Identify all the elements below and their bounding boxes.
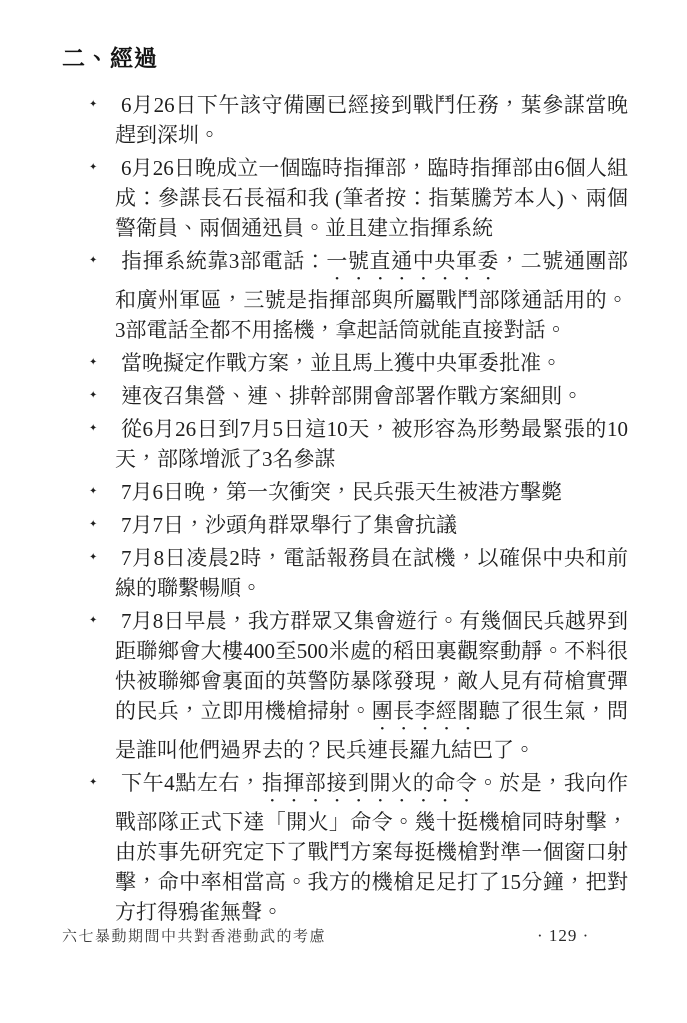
diamond-bullet-icon: ✦ xyxy=(89,153,97,183)
text-segment: 7月6日晚，第一次衝突，民兵張天生被港方擊斃 xyxy=(121,480,562,504)
text-segment: 7月8日凌晨2時，電話報務員在試機，以確保中央和前線的聯繫暢順。 xyxy=(115,546,628,600)
diamond-bullet-icon: ✦ xyxy=(89,543,97,573)
bullet-item: ✦ 當晚擬定作戰方案，並且馬上獲中央軍委批准。 xyxy=(115,348,628,378)
bullet-item: ✦ 從6月26日到7月5日這10天，被形容為形勢最緊張的10天，部隊增派了3名參… xyxy=(115,414,628,474)
diamond-bullet-icon: ✦ xyxy=(89,90,97,120)
diamond-bullet-icon: ✦ xyxy=(89,381,97,411)
text-segment: 連夜召集營、連、排幹部開會部署作戰方案細則。 xyxy=(121,384,583,408)
bullet-text: 6月26日下午該守備團已經接到戰鬥任務，葉參謀當晚趕到深圳。 xyxy=(115,93,628,147)
section-heading: 二、經過 xyxy=(62,46,158,72)
bullet-text: 下午4點左右，指揮部接到開火的命令。於是，我向作戰部隊正式下達「開火」命令。幾十… xyxy=(115,771,628,924)
text-segment: 從6月26日到7月5日這10天，被形容為形勢最緊張的10天，部隊增派了3名參謀 xyxy=(115,417,628,471)
bullet-item: ✦ 7月8日早晨，我方群眾又集會遊行。有幾個民兵越界到距聯鄉會大樓400至500… xyxy=(115,606,628,765)
bullet-text: 連夜召集營、連、排幹部開會部署作戰方案細則。 xyxy=(121,384,583,408)
diamond-bullet-icon: ✦ xyxy=(89,348,97,378)
bullet-text: 7月8日早晨，我方群眾又集會遊行。有幾個民兵越界到距聯鄉會大樓400至500米處… xyxy=(115,609,628,762)
bullet-item: ✦ 6月26日晚成立一個臨時指揮部，臨時指揮部由6個人組成：參謀長石長福和我 (… xyxy=(115,153,628,243)
bullet-item: ✦ 7月7日，沙頭角群眾舉行了集會抗議 xyxy=(115,510,628,540)
bullet-list: ✦ 6月26日下午該守備團已經接到戰鬥任務，葉參謀當晚趕到深圳。 ✦ 6月26日… xyxy=(115,90,628,930)
emphasized-text: 團長李經閣 xyxy=(372,699,479,723)
text-segment: 7月7日，沙頭角群眾舉行了集會抗議 xyxy=(121,513,457,537)
text-segment: 6月26日晚成立一個臨時指揮部，臨時指揮部由6個人組成：參謀長石長福和我 (筆者… xyxy=(115,156,628,240)
diamond-bullet-icon: ✦ xyxy=(89,768,97,798)
footer-running-title: 六七暴動期間中共對香港動武的考慮 xyxy=(62,928,326,946)
bullet-item: ✦ 7月8日凌晨2時，電話報務員在試機，以確保中央和前線的聯繫暢順。 xyxy=(115,543,628,603)
diamond-bullet-icon: ✦ xyxy=(89,246,97,276)
bullet-text: 6月26日晚成立一個臨時指揮部，臨時指揮部由6個人組成：參謀長石長福和我 (筆者… xyxy=(115,156,628,240)
diamond-bullet-icon: ✦ xyxy=(89,414,97,444)
bullet-item: ✦ 連夜召集營、連、排幹部開會部署作戰方案細則。 xyxy=(115,381,628,411)
diamond-bullet-icon: ✦ xyxy=(89,477,97,507)
bullet-text: 7月8日凌晨2時，電話報務員在試機，以確保中央和前線的聯繫暢順。 xyxy=(115,546,628,600)
bullet-item: ✦ 6月26日下午該守備團已經接到戰鬥任務，葉參謀當晚趕到深圳。 xyxy=(115,90,628,150)
diamond-bullet-icon: ✦ xyxy=(89,606,97,636)
bullet-text: 指揮系統靠3部電話：一號直通中央軍委，二號通團部和廣州軍區，三號是指揮部與所屬戰… xyxy=(115,249,628,342)
emphasized-text: 指揮部接到開火的命令 xyxy=(262,771,478,795)
footer-page-number: · 129 · xyxy=(537,926,589,946)
text-segment: 當晚擬定作戰方案，並且馬上獲中央軍委批准。 xyxy=(121,351,562,375)
bullet-item: ✦ 7月6日晚，第一次衝突，民兵張天生被港方擊斃 xyxy=(115,477,628,507)
text-segment: 6月26日下午該守備團已經接到戰鬥任務，葉參謀當晚趕到深圳。 xyxy=(115,93,628,147)
text-segment: 下午4點左右， xyxy=(121,771,262,795)
bullet-text: 7月6日晚，第一次衝突，民兵張天生被港方擊斃 xyxy=(121,480,562,504)
diamond-bullet-icon: ✦ xyxy=(89,510,97,540)
emphasized-text: 一號直通中央軍委 xyxy=(326,249,499,273)
bullet-text: 當晚擬定作戰方案，並且馬上獲中央軍委批准。 xyxy=(121,351,562,375)
bullet-text: 7月7日，沙頭角群眾舉行了集會抗議 xyxy=(121,513,457,537)
text-segment: 指揮系統靠3部電話： xyxy=(121,249,326,273)
bullet-text: 從6月26日到7月5日這10天，被形容為形勢最緊張的10天，部隊增派了3名參謀 xyxy=(115,417,628,471)
bullet-item: ✦ 下午4點左右，指揮部接到開火的命令。於是，我向作戰部隊正式下達「開火」命令。… xyxy=(115,768,628,927)
bullet-item: ✦ 指揮系統靠3部電話：一號直通中央軍委，二號通團部和廣州軍區，三號是指揮部與所… xyxy=(115,246,628,345)
document-page: 二、經過 ✦ 6月26日下午該守備團已經接到戰鬥任務，葉參謀當晚趕到深圳。 ✦ … xyxy=(0,0,687,1023)
